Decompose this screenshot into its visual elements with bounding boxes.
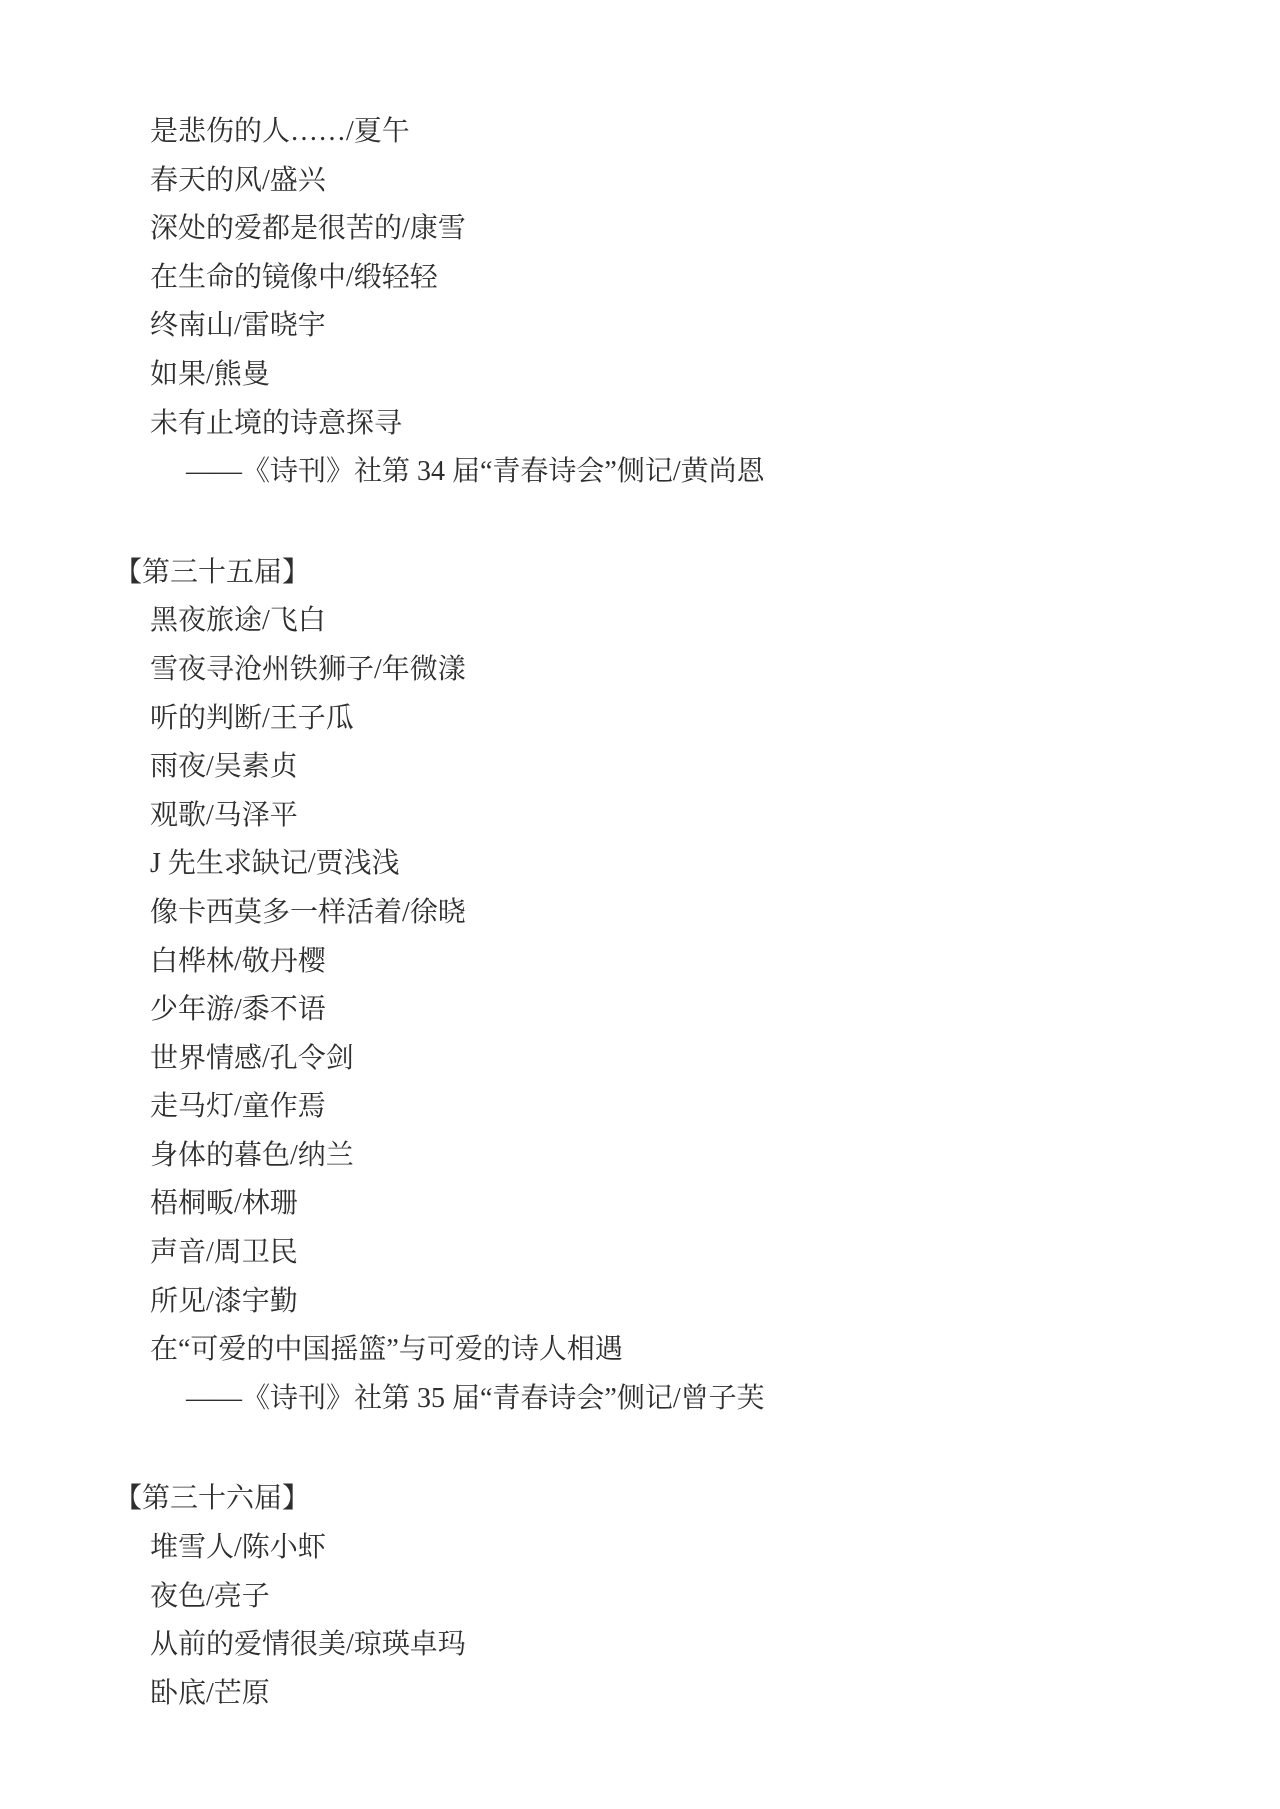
toc-page: 是悲伤的人……/夏午 春天的风/盛兴 深处的爱都是很苦的/康雪 在生命的镜像中/… [0,0,1280,1809]
section-header: 【第三十六届】 [114,1475,1280,1524]
toc-entry: 所见/漆宇勤 [150,1278,1280,1327]
toc-entry: 梧桐畈/林珊 [150,1180,1280,1229]
toc-entry: 黑夜旅途/飞白 [150,597,1280,646]
toc-section-36: 【第三十六届】 堆雪人/陈小虾 夜色/亮子 从前的爱情很美/琼瑛卓玛 卧底/芒原 [0,1475,1280,1718]
toc-entry: J 先生求缺记/贾浅浅 [150,840,1280,889]
toc-entry: 声音/周卫民 [150,1229,1280,1278]
toc-entry: 世界情感/孔令剑 [150,1035,1280,1084]
toc-entry: 观歌/马泽平 [150,792,1280,841]
toc-section-34: 是悲伤的人……/夏午 春天的风/盛兴 深处的爱都是很苦的/康雪 在生命的镜像中/… [0,108,1280,497]
toc-entry: 在“可爱的中国摇篮”与可爱的诗人相遇 [150,1326,1280,1375]
toc-entry: 卧底/芒原 [150,1670,1280,1719]
toc-entry: 深处的爱都是很苦的/康雪 [150,205,1280,254]
toc-entry: 听的判断/王子瓜 [150,695,1280,744]
toc-entry: 在生命的镜像中/缎轻轻 [150,254,1280,303]
toc-entry: 身体的暮色/纳兰 [150,1132,1280,1181]
toc-entry: 如果/熊曼 [150,351,1280,400]
toc-entry: 走马灯/童作焉 [150,1083,1280,1132]
toc-entry: 堆雪人/陈小虾 [150,1524,1280,1573]
toc-entry: 少年游/黍不语 [150,986,1280,1035]
toc-entry: 雨夜/吴素贞 [150,743,1280,792]
toc-entry: 雪夜寻沧州铁狮子/年微漾 [150,646,1280,695]
toc-entry: 春天的风/盛兴 [150,157,1280,206]
toc-entry: 是悲伤的人……/夏午 [150,108,1280,157]
section-header: 【第三十五届】 [114,549,1280,598]
toc-entry-subtitle: ——《诗刊》社第 35 届“青春诗会”侧记/曾子芙 [186,1375,1280,1424]
toc-entry: 白桦林/敬丹樱 [150,938,1280,987]
toc-entry: 终南山/雷晓宇 [150,302,1280,351]
toc-entry: 夜色/亮子 [150,1573,1280,1622]
toc-section-35: 【第三十五届】 黑夜旅途/飞白 雪夜寻沧州铁狮子/年微漾 听的判断/王子瓜 雨夜… [0,549,1280,1424]
toc-entry: 像卡西莫多一样活着/徐晓 [150,889,1280,938]
toc-entry: 从前的爱情很美/琼瑛卓玛 [150,1621,1280,1670]
toc-entry-subtitle: ——《诗刊》社第 34 届“青春诗会”侧记/黄尚恩 [186,448,1280,497]
toc-entry: 未有止境的诗意探寻 [150,400,1280,449]
